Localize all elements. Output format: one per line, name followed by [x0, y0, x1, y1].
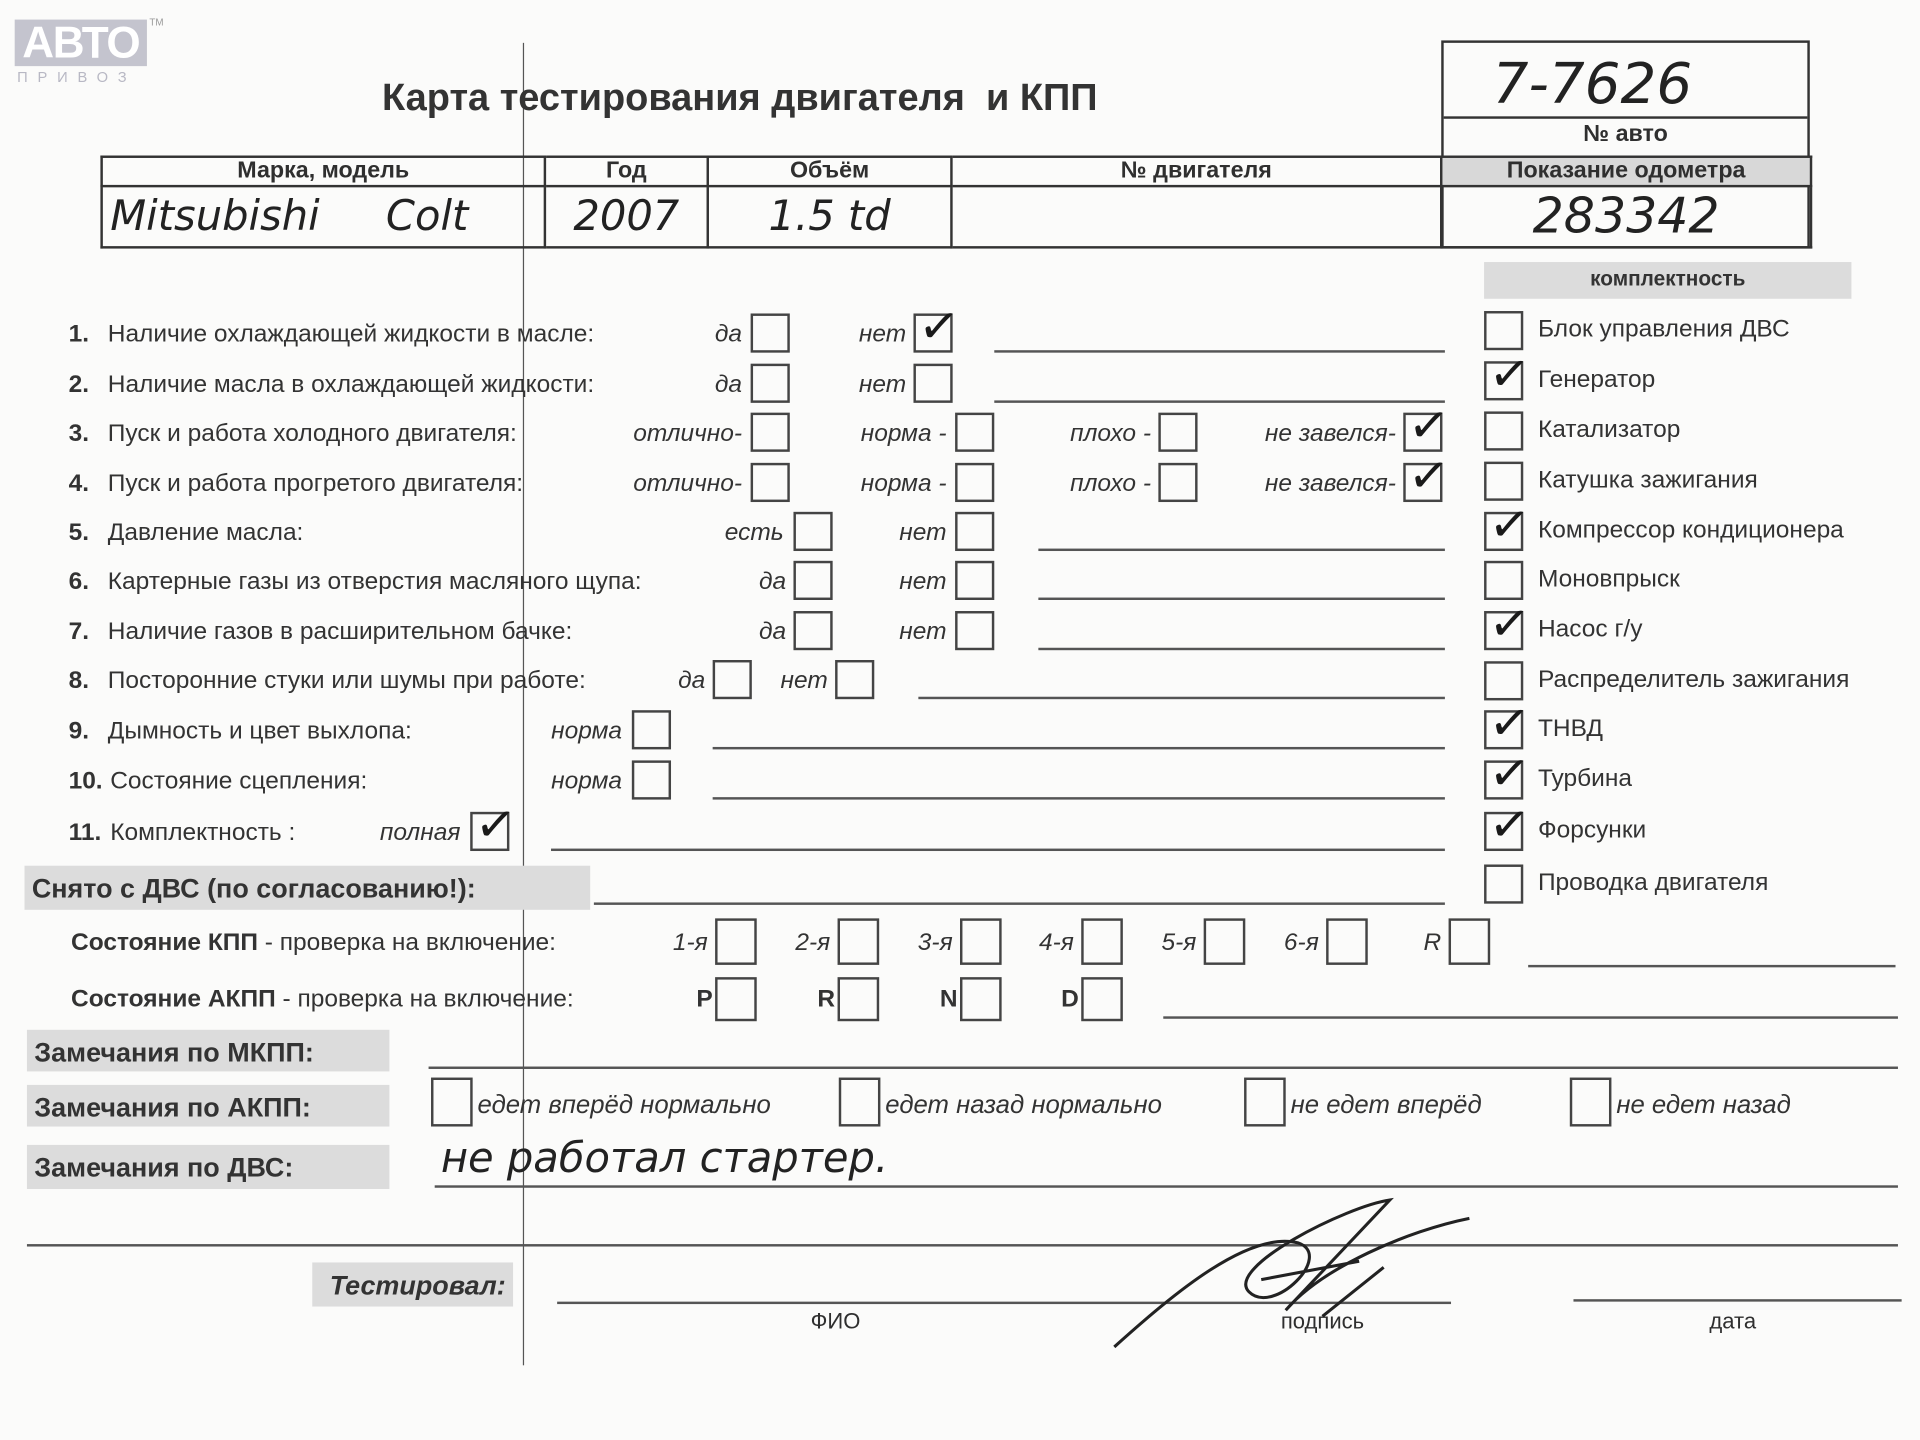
gear-label: 4-я [1039, 929, 1074, 957]
remarks-dvs-value[interactable]: не работал стартер. [441, 1134, 888, 1183]
kpp-notes-line[interactable] [1528, 965, 1895, 967]
volume-value[interactable]: 1.5 td [708, 186, 952, 247]
check-number: 2. [69, 371, 89, 399]
option-label: есть [725, 519, 784, 547]
logo-subtitle: ПРИВОЗ [17, 69, 136, 86]
date-caption: дата [1709, 1309, 1756, 1335]
check-number: 6. [69, 568, 89, 596]
col-volume: Объём [708, 157, 952, 186]
option-label: полная [380, 819, 461, 847]
option-checkbox[interactable] [751, 313, 790, 352]
check-number: 7. [69, 618, 89, 646]
check-label: Картерные газы из отверстия масляного щу… [108, 568, 642, 596]
option-label: да [715, 371, 742, 399]
completeness-item-label: Насос г/у [1538, 616, 1642, 644]
remarks-extra-line[interactable] [27, 1244, 1898, 1246]
akpp-mode-checkbox[interactable] [960, 977, 1002, 1021]
option-label: не завелся- [1265, 470, 1396, 498]
option-label: отлично- [633, 420, 742, 448]
gear-label: 5-я [1161, 929, 1196, 957]
option-label: нет [859, 371, 906, 399]
gear-checkbox[interactable] [1081, 918, 1123, 965]
option-checkbox[interactable] [632, 710, 671, 749]
option-checkbox[interactable] [1403, 463, 1442, 502]
option-checkbox[interactable] [470, 812, 509, 851]
completeness-item-label: Генератор [1538, 366, 1655, 394]
option-checkbox[interactable] [955, 512, 994, 551]
option-label: да [678, 667, 705, 695]
completeness-checkbox[interactable] [1484, 611, 1523, 650]
akpp-mode-label: N [940, 986, 958, 1014]
option-checkbox[interactable] [751, 364, 790, 403]
akpp-remark-checkbox[interactable] [839, 1078, 881, 1127]
option-checkbox[interactable] [955, 561, 994, 600]
option-checkbox[interactable] [793, 561, 832, 600]
check-number: 11. [69, 819, 102, 847]
col-engine-number: № двигателя [951, 157, 1441, 186]
akpp-mode-label: R [817, 986, 835, 1014]
completeness-checkbox[interactable] [1484, 760, 1523, 799]
avto-privoz-logo: АВТО [15, 20, 147, 67]
gear-label: R [1424, 929, 1442, 957]
check-label: Состояние сцепления: [110, 768, 367, 796]
col-make-model: Марка, модель [102, 157, 545, 186]
gear-checkbox[interactable] [715, 918, 757, 965]
akpp-mode-checkbox[interactable] [715, 977, 757, 1021]
check-number: 4. [69, 470, 89, 498]
option-checkbox[interactable] [1403, 413, 1442, 452]
option-checkbox[interactable] [632, 760, 671, 799]
col-odometer: Показание одометра [1441, 157, 1811, 186]
check-notes-line[interactable] [1038, 549, 1445, 551]
check-label: Наличие газов в расширительном бачке: [108, 618, 573, 646]
check-number: 5. [69, 519, 89, 547]
akpp-notes-line[interactable] [1163, 1016, 1898, 1018]
completeness-item-label: Форсунки [1538, 817, 1646, 845]
removed-parts-label: Снято с ДВС (по согласованию!): [24, 866, 590, 910]
completeness-item-label: Блок управления ДВС [1538, 316, 1790, 344]
option-label: плохо - [1070, 420, 1151, 448]
completeness-checkbox[interactable] [1484, 512, 1523, 551]
check-notes-line[interactable] [713, 747, 1445, 749]
option-label: да [759, 568, 786, 596]
remarks-dvs-line[interactable] [435, 1185, 1898, 1187]
check-label: Комплектность : [110, 819, 295, 847]
check-number: 10. [69, 768, 103, 796]
gear-checkbox[interactable] [1204, 918, 1246, 965]
option-label: нет [781, 667, 828, 695]
option-label: норма - [861, 470, 947, 498]
akpp-remark-label: не едет назад [1616, 1091, 1790, 1120]
option-label: нет [859, 321, 906, 349]
akpp-remark-checkbox[interactable] [1244, 1078, 1286, 1127]
option-label: нет [899, 519, 946, 547]
remarks-dvs-label: Замечания по ДВС: [27, 1145, 389, 1189]
akpp-remark-label: едет назад нормально [885, 1091, 1162, 1120]
option-label: отлично- [633, 470, 742, 498]
check-label: Наличие масла в охлаждающей жидкости: [108, 371, 594, 399]
option-label: норма - [861, 420, 947, 448]
completeness-item-label: Турбина [1538, 765, 1632, 793]
akpp-remark-checkbox[interactable] [1570, 1078, 1612, 1127]
check-label: Давление масла: [108, 519, 304, 547]
completeness-item-label: Проводка двигателя [1538, 869, 1768, 897]
option-checkbox[interactable] [751, 463, 790, 502]
check-label: Наличие охлаждающей жидкости в масле: [108, 321, 594, 349]
completeness-checkbox[interactable] [1484, 411, 1523, 450]
akpp-mode-checkbox[interactable] [838, 977, 880, 1021]
completeness-checkbox[interactable] [1484, 864, 1523, 903]
option-label: да [715, 321, 742, 349]
option-label: да [759, 618, 786, 646]
option-checkbox[interactable] [913, 364, 952, 403]
option-label: не завелся- [1265, 420, 1396, 448]
akpp-mode-label: P [696, 986, 712, 1014]
engine-test-card: АВТО TM ПРИВОЗ Карта тестирования двигат… [0, 0, 1920, 1440]
vehicle-info-table: Марка, модель Год Объём № двигателя Пока… [100, 156, 1812, 249]
completeness-checkbox[interactable] [1484, 361, 1523, 400]
tester-label: Тестировал: [312, 1262, 513, 1306]
option-label: норма [551, 768, 622, 796]
check-number: 9. [69, 718, 89, 746]
akpp-mode-checkbox[interactable] [1081, 977, 1123, 1021]
check-number: 1. [69, 321, 89, 349]
option-checkbox[interactable] [955, 611, 994, 650]
check-notes-line[interactable] [994, 400, 1445, 402]
option-checkbox[interactable] [751, 413, 790, 452]
completeness-checkbox[interactable] [1484, 561, 1523, 600]
engine-number-value[interactable] [951, 186, 1441, 247]
check-label: Посторонние стуки или шумы при работе: [108, 667, 586, 695]
option-checkbox[interactable] [913, 313, 952, 352]
gear-checkbox[interactable] [1326, 918, 1368, 965]
remarks-akpp-label: Замечания по АКПП: [27, 1085, 389, 1127]
option-checkbox[interactable] [793, 512, 832, 551]
year-value[interactable]: 2007 [545, 186, 708, 247]
option-label: нет [899, 618, 946, 646]
option-label: норма [551, 718, 622, 746]
akpp-label: Состояние АКПП - проверка на включение: [71, 986, 574, 1014]
car-number-value[interactable]: 7-7626 [1493, 50, 1693, 116]
gear-label: 1-я [673, 929, 708, 957]
col-year: Год [545, 157, 708, 186]
gear-checkbox[interactable] [838, 918, 880, 965]
fio-caption: ФИО [811, 1309, 861, 1335]
option-checkbox[interactable] [793, 611, 832, 650]
check-notes-line[interactable] [713, 797, 1445, 799]
kpp-label: Состояние КПП - проверка на включение: [71, 929, 556, 957]
check-number: 3. [69, 420, 89, 448]
check-label: Пуск и работа прогретого двигателя: [108, 470, 523, 498]
option-checkbox[interactable] [835, 660, 874, 699]
tester-date-line[interactable] [1573, 1299, 1901, 1301]
page-title: Карта тестирования двигателя и КПП [382, 76, 1098, 120]
option-checkbox[interactable] [955, 463, 994, 502]
completeness-checkbox[interactable] [1484, 710, 1523, 749]
car-number-label: № авто [1444, 121, 1808, 148]
completeness-item-label: Катализатор [1538, 416, 1680, 444]
odometer-value[interactable]: 283342 [1441, 186, 1811, 247]
remarks-mkpp-line[interactable] [429, 1067, 1898, 1069]
gear-label: 6-я [1284, 929, 1319, 957]
check-notes-line[interactable] [551, 849, 1445, 851]
gear-checkbox[interactable] [960, 918, 1002, 965]
akpp-remark-label: едет вперёд нормально [478, 1091, 771, 1120]
check-notes-line[interactable] [1038, 598, 1445, 600]
option-checkbox[interactable] [955, 413, 994, 452]
completeness-checkbox[interactable] [1484, 462, 1523, 501]
option-checkbox[interactable] [1158, 413, 1197, 452]
trademark-mark: TM [149, 17, 163, 28]
completeness-item-label: Компрессор кондиционера [1538, 517, 1844, 545]
check-notes-line[interactable] [1038, 648, 1445, 650]
check-number: 8. [69, 667, 89, 695]
signature-scribble [1102, 1194, 1494, 1353]
remarks-mkpp-label: Замечания по МКПП: [27, 1030, 389, 1072]
option-label: нет [899, 568, 946, 596]
completeness-item-label: Моновпрыск [1538, 566, 1680, 594]
check-notes-line[interactable] [918, 697, 1445, 699]
check-notes-line[interactable] [994, 350, 1445, 352]
option-checkbox[interactable] [1158, 463, 1197, 502]
gear-label: 3-я [918, 929, 953, 957]
gear-label: 2-я [795, 929, 830, 957]
removed-parts-line[interactable] [594, 902, 1445, 904]
completeness-checkbox[interactable] [1484, 311, 1523, 350]
completeness-item-label: ТНВД [1538, 715, 1603, 743]
check-label: Дымность и цвет выхлопа: [108, 718, 412, 746]
completeness-header: комплектность [1484, 262, 1851, 299]
check-label: Пуск и работа холодного двигателя: [108, 420, 517, 448]
completeness-item-label: Распределитель зажигания [1538, 666, 1849, 694]
akpp-remark-label: не едет вперёд [1291, 1091, 1482, 1120]
make-model-value[interactable]: Mitsubishi Colt [102, 186, 545, 247]
akpp-mode-label: D [1061, 986, 1079, 1014]
gear-checkbox[interactable] [1449, 918, 1491, 965]
option-checkbox[interactable] [713, 660, 752, 699]
akpp-remark-checkbox[interactable] [431, 1078, 473, 1127]
completeness-checkbox[interactable] [1484, 812, 1523, 851]
option-label: плохо - [1070, 470, 1151, 498]
completeness-item-label: Катушка зажигания [1538, 467, 1758, 495]
